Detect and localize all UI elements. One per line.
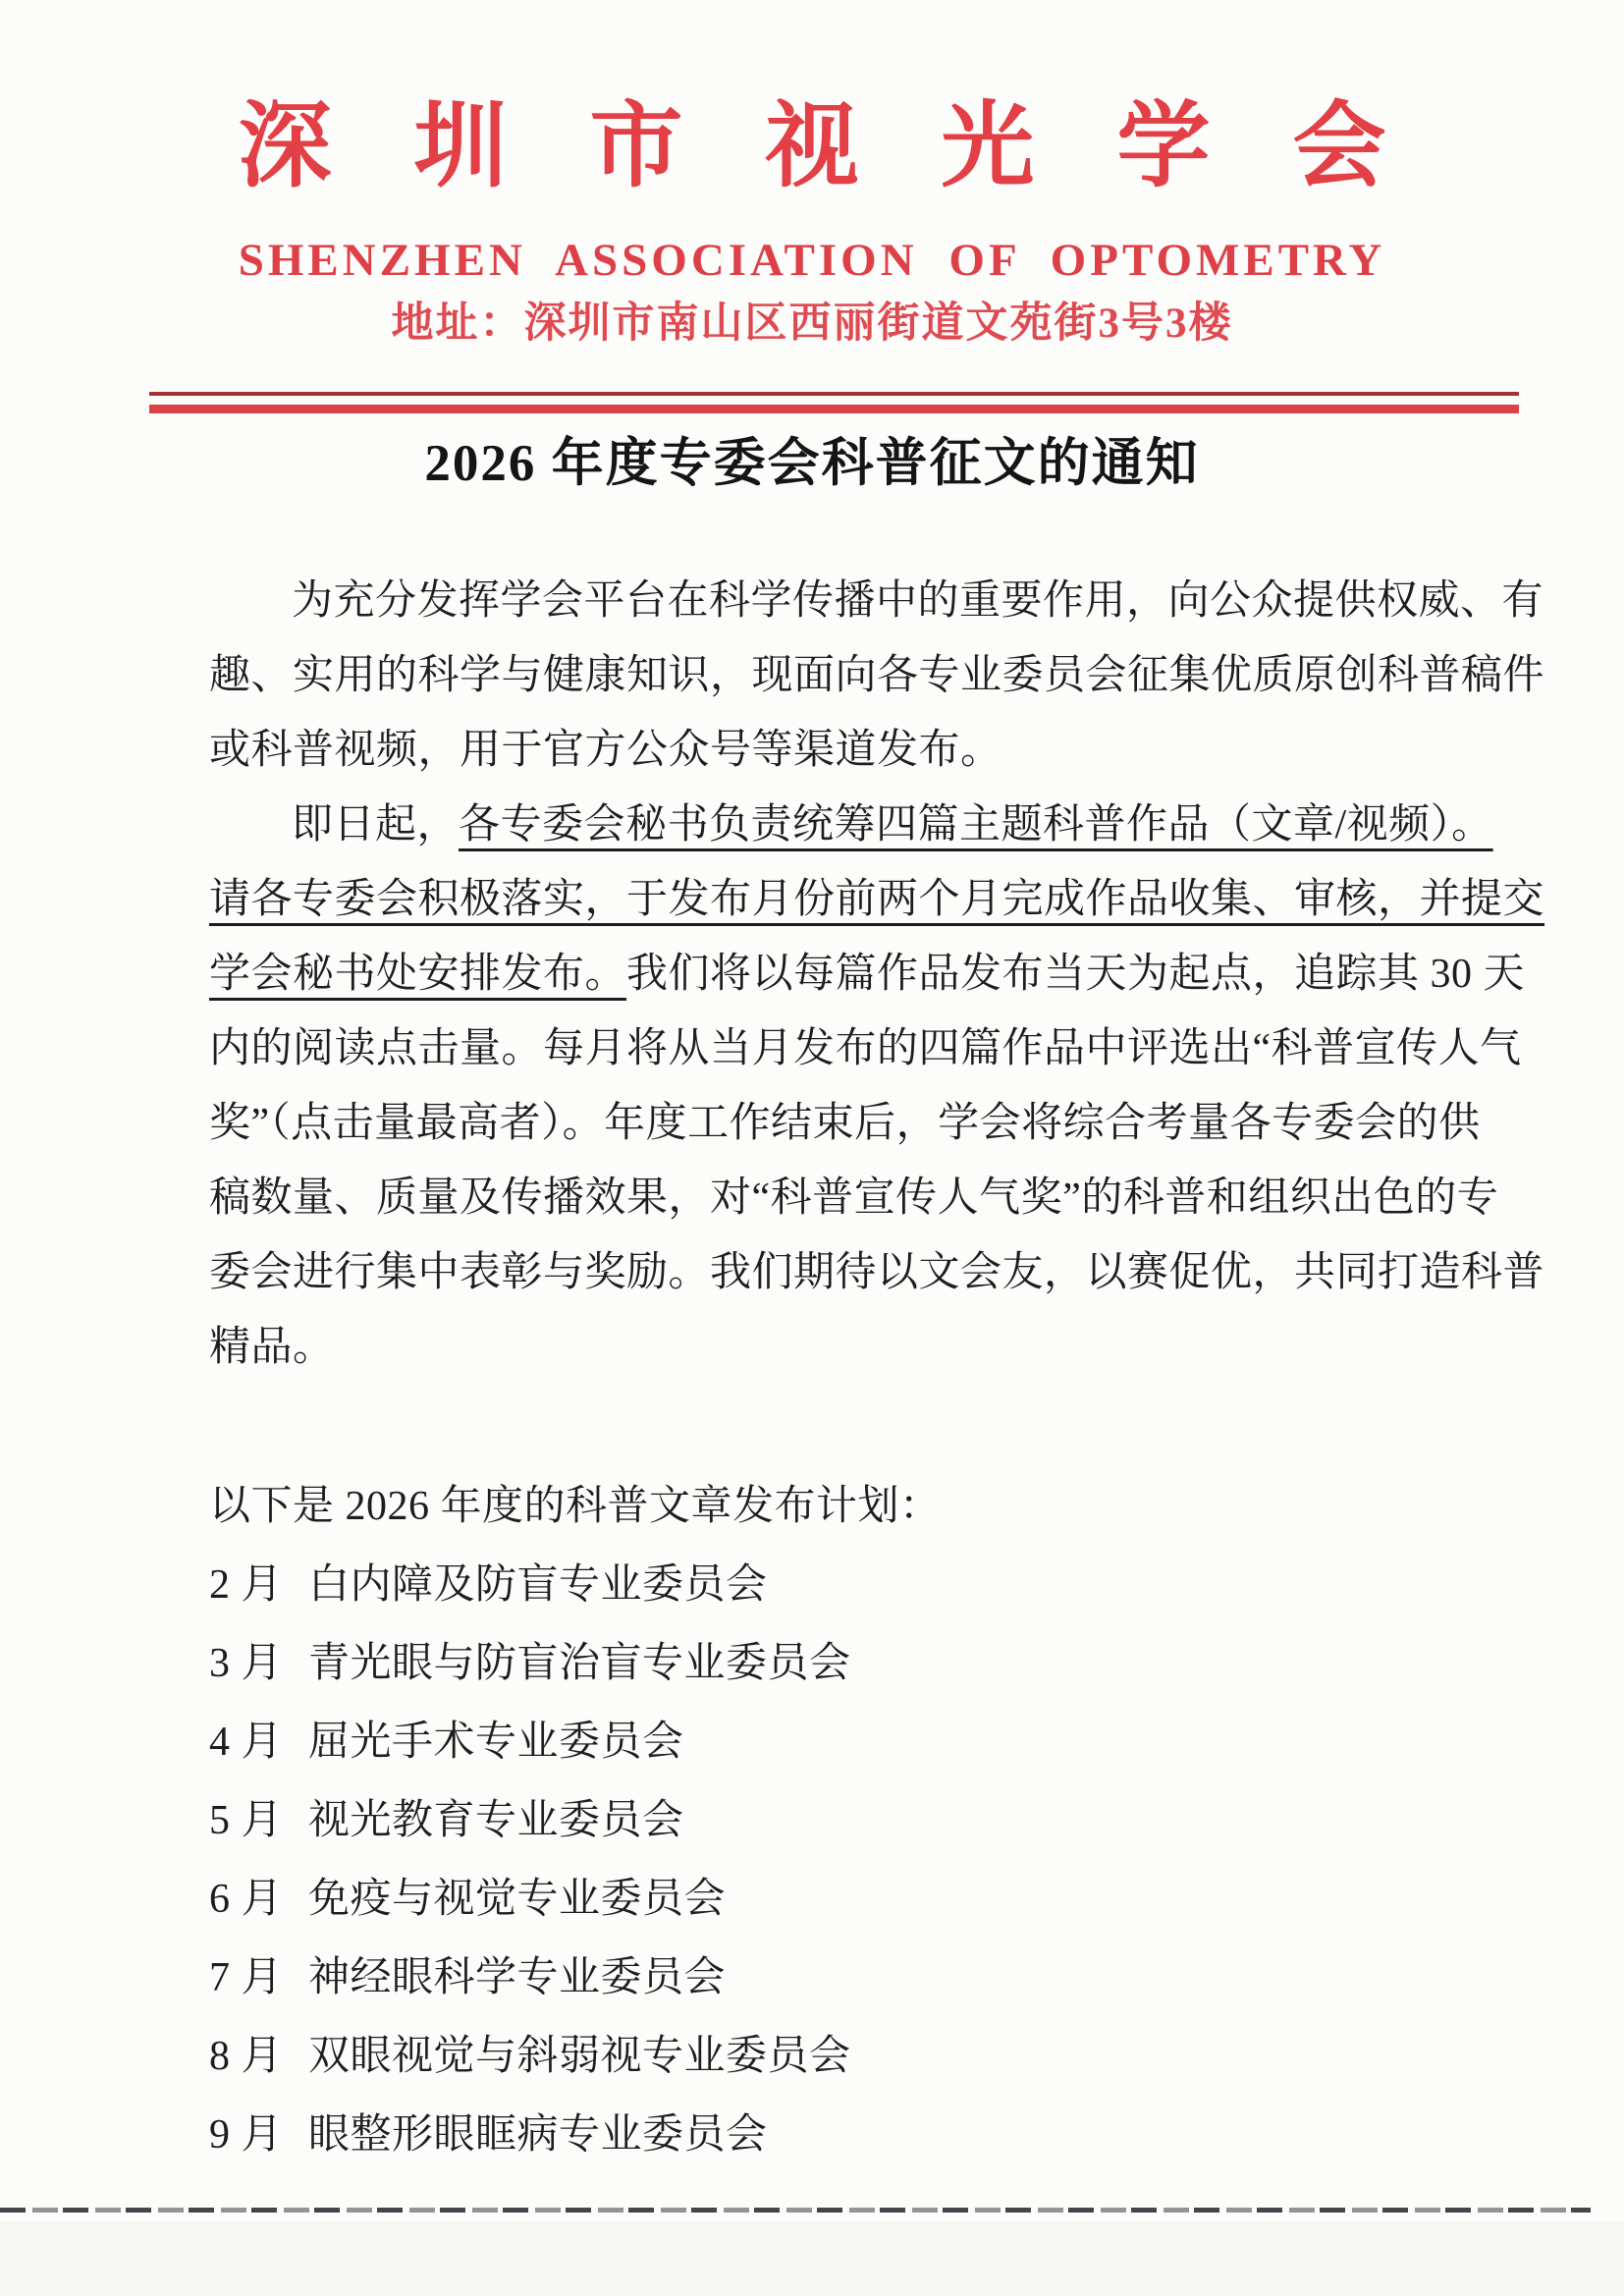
body-line: 为充分发挥学会平台在科学传播中的重要作用，向公众提供权威、有 xyxy=(209,564,1505,638)
committee-name: 双眼视觉与斜弱视专业委员会 xyxy=(308,2034,851,2079)
body-line: 或科普视频，用于官方公众号等渠道发布。 xyxy=(209,713,1505,788)
month-label: 2 月 xyxy=(209,1562,283,1608)
plan-intro: 以下是 2026 年度的科普文章发布计划： xyxy=(209,1467,1505,1546)
scanned-notice-page: 深圳市视光学会 SHENZHEN ASSOCIATION OF OPTOMETR… xyxy=(0,0,1624,2296)
address-line: 地址：深圳市南山区西丽街道文苑街3号3楼 xyxy=(0,298,1624,351)
month-label: 9 月 xyxy=(209,2112,283,2158)
plan-item: 2 月白内障及防盲专业委员会 xyxy=(209,1546,1505,1624)
month-label: 7 月 xyxy=(209,1955,283,2000)
notice-body: 为充分发挥学会平台在科学传播中的重要作用，向公众提供权威、有 趣、实用的科学与健… xyxy=(209,564,1505,1385)
plain-segment: 即日起， xyxy=(292,802,459,847)
plan-item: 7 月神经眼科学专业委员会 xyxy=(209,1939,1505,2017)
plan-item: 3 月青光眼与防盲治盲专业委员会 xyxy=(209,1624,1505,1703)
body-line: 委会进行集中表彰与奖励。我们期待以文会友，以赛促优，共同打造科普 xyxy=(209,1235,1505,1310)
body-line: 学会秘书处安排发布。我们将以每篇作品发布当天为起点，追踪其 30 天 xyxy=(209,937,1505,1011)
plain-segment: 我们将以每篇作品发布当天为起点，追踪其 30 天 xyxy=(626,952,1525,997)
publishing-plan-list: 以下是 2026 年度的科普文章发布计划： 2 月白内障及防盲专业委员会 3 月… xyxy=(209,1467,1505,2174)
committee-name: 免疫与视觉专业委员会 xyxy=(308,1877,726,1922)
underlined-segment: 各专委会秘书负责统筹四篇主题科普作品（文章/视频）。 xyxy=(459,802,1493,847)
body-line: 奖”（点击量最高者）。年度工作结束后，学会将综合考量各专委会的供 xyxy=(209,1086,1505,1161)
committee-name: 视光教育专业委员会 xyxy=(308,1798,684,1843)
org-name-chinese: 深圳市视光学会 xyxy=(0,81,1624,213)
month-label: 8 月 xyxy=(209,2034,283,2079)
body-line: 趣、实用的科学与健康知识，现面向各专业委员会征集优质原创科普稿件 xyxy=(209,638,1505,713)
notice-title: 2026 年度专委会科普征文的通知 xyxy=(0,432,1624,495)
letterhead-divider-thin xyxy=(149,392,1519,396)
plan-item: 5 月视光教育专业委员会 xyxy=(209,1781,1505,1860)
org-name-english: SHENZHEN ASSOCIATION OF OPTOMETRY xyxy=(0,233,1624,288)
plan-item: 8 月双眼视觉与斜弱视专业委员会 xyxy=(209,2017,1505,2096)
committee-name: 神经眼科学专业委员会 xyxy=(308,1955,726,2000)
committee-name: 青光眼与防盲治盲专业委员会 xyxy=(308,1641,851,1686)
body-line: 精品。 xyxy=(209,1310,1505,1385)
plan-item: 6 月免疫与视觉专业委员会 xyxy=(209,1860,1505,1939)
scan-artifact-line xyxy=(0,2208,1591,2213)
underlined-segment: 请各专委会积极落实，于发布月份前两个月完成作品收集、审核，并提交 xyxy=(209,877,1544,922)
month-label: 6 月 xyxy=(209,1877,283,1922)
committee-name: 眼整形眼眶病专业委员会 xyxy=(308,2112,768,2158)
month-label: 3 月 xyxy=(209,1641,283,1686)
committee-name: 屈光手术专业委员会 xyxy=(308,1720,684,1765)
body-line: 即日起，各专委会秘书负责统筹四篇主题科普作品（文章/视频）。 xyxy=(209,788,1505,862)
body-line: 请各专委会积极落实，于发布月份前两个月完成作品收集、审核，并提交 xyxy=(209,862,1505,937)
underlined-segment: 学会秘书处安排发布。 xyxy=(209,952,626,997)
letterhead-divider-thick xyxy=(149,405,1519,413)
plan-item: 9 月眼整形眼眶病专业委员会 xyxy=(209,2096,1505,2174)
committee-name: 白内障及防盲专业委员会 xyxy=(308,1562,768,1608)
plan-item: 4 月屈光手术专业委员会 xyxy=(209,1703,1505,1781)
body-line: 内的阅读点击量。每月将从当月发布的四篇作品中评选出“科普宣传人气 xyxy=(209,1011,1505,1086)
scan-bottom-band xyxy=(0,2221,1624,2296)
month-label: 4 月 xyxy=(209,1720,283,1765)
month-label: 5 月 xyxy=(209,1798,283,1843)
body-line: 稿数量、质量及传播效果，对“科普宣传人气奖”的科普和组织出色的专 xyxy=(209,1161,1505,1235)
